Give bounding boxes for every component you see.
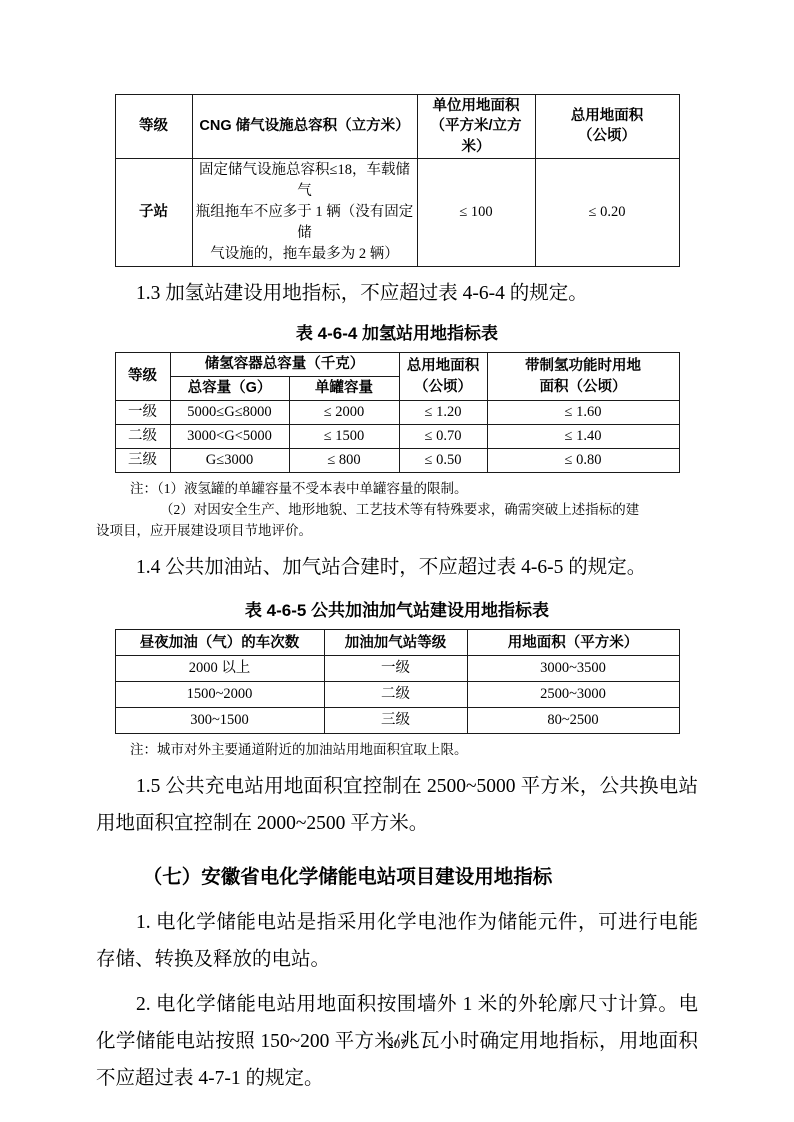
note-line: 注：城市对外主要通道附近的加油站用地面积宜取上限。 <box>130 739 698 760</box>
table-cell-total-area: ≤ 0.20 <box>535 158 679 266</box>
table-4-6-5-note: 注：城市对外主要通道附近的加油站用地面积宜取上限。 <box>96 739 698 760</box>
table-cell: ≤ 1.20 <box>399 401 487 425</box>
table-cell: 1500~2000 <box>115 682 324 708</box>
document-page: 等级 CNG 储气设施总容积（立方米） 单位用地面积 （平方米/立方米） 总用地… <box>0 0 794 1122</box>
table-row: 1500~2000 二级 2500~3000 <box>115 682 679 708</box>
header-cell-grade: 等级 <box>115 353 170 401</box>
section-7-heading: （七）安徽省电化学储能电站项目建设用地指标 <box>96 859 698 896</box>
header-cell-total-capacity: 总容量（G） <box>170 377 289 401</box>
header-cell-grade: 等级 <box>115 95 192 159</box>
table-cell: 三级 <box>324 708 467 734</box>
table-cell: 3000~3500 <box>467 656 679 682</box>
note-line: 设项目，应开展建设项目节地评价。 <box>96 520 698 541</box>
page-content: 等级 CNG 储气设施总容积（立方米） 单位用地面积 （平方米/立方米） 总用地… <box>96 94 698 1097</box>
cng-station-table: 等级 CNG 储气设施总容积（立方米） 单位用地面积 （平方米/立方米） 总用地… <box>115 94 680 267</box>
paragraph-1-3: 1.3 加氢站建设用地指标，不应超过表 4-6-4 的规定。 <box>96 275 698 312</box>
table-header-row: 等级 CNG 储气设施总容积（立方米） 单位用地面积 （平方米/立方米） 总用地… <box>115 95 679 159</box>
header-cell-capacity-group: 储氢容器总容量（千克） <box>170 353 399 377</box>
table-cell: ≤ 800 <box>289 449 399 473</box>
table-cell: 2000 以上 <box>115 656 324 682</box>
table-cell: 三级 <box>115 449 170 473</box>
paragraph-1-5: 1.5 公共充电站用地面积宜控制在 2500~5000 平方米，公共换电站用地面… <box>96 768 698 842</box>
note-line: （2）对因安全生产、地形地貌、工艺技术等有特殊要求，确需突破上述指标的建 <box>160 499 698 520</box>
table-cell: ≤ 1500 <box>289 425 399 449</box>
table-4-6-4-notes: 注：（1）液氢罐的单罐容量不受本表中单罐容量的限制。 （2）对因安全生产、地形地… <box>96 478 698 541</box>
header-cell-single-tank: 单罐容量 <box>289 377 399 401</box>
note-line: 注：（1）液氢罐的单罐容量不受本表中单罐容量的限制。 <box>130 478 698 499</box>
table-cell-grade: 子站 <box>115 158 192 266</box>
table-row: 一级 5000≤G≤8000 ≤ 2000 ≤ 1.20 ≤ 1.60 <box>115 401 679 425</box>
table-4-6-5-title: 表 4-6-5 公共加油加气站建设用地指标表 <box>96 600 698 622</box>
header-cell-total-area: 总用地面积 （公顷） <box>535 95 679 159</box>
table-row: 三级 G≤3000 ≤ 800 ≤ 0.50 ≤ 0.80 <box>115 449 679 473</box>
table-cell: ≤ 0.70 <box>399 425 487 449</box>
table-cell: G≤3000 <box>170 449 289 473</box>
header-cell-area: 用地面积（平方米） <box>467 630 679 656</box>
table-cell-unit-area: ≤ 100 <box>417 158 535 266</box>
paragraph-1-4: 1.4 公共加油站、加气站合建时，不应超过表 4-6-5 的规定。 <box>96 549 698 586</box>
table-cell-capacity: 固定储气设施总容积≤18，车载储气 瓶组拖车不应多于 1 辆（没有固定储 气设施… <box>192 158 417 266</box>
section-7-paragraph-1: 1. 电化学储能电站是指采用化学电池作为储能元件，可进行电能存储、转换及释放的电… <box>96 904 698 978</box>
header-cell-unit-area: 单位用地面积 （平方米/立方米） <box>417 95 535 159</box>
table-row: 二级 3000<G<5000 ≤ 1500 ≤ 0.70 ≤ 1.40 <box>115 425 679 449</box>
table-cell: ≤ 0.80 <box>487 449 679 473</box>
table-cell: 一级 <box>324 656 467 682</box>
header-cell-grade: 加油加气站等级 <box>324 630 467 656</box>
table-4-6-4-title: 表 4-6-4 加氢站用地指标表 <box>96 323 698 345</box>
table-cell: 二级 <box>324 682 467 708</box>
table-cell: ≤ 0.50 <box>399 449 487 473</box>
page-number: 207 <box>0 1036 794 1052</box>
hydrogen-station-table: 等级 储氢容器总容量（千克） 总用地面积 （公顷） 带制氢功能时用地 面积（公顷… <box>115 352 680 473</box>
table-cell: 80~2500 <box>467 708 679 734</box>
table-cell: 3000<G<5000 <box>170 425 289 449</box>
table-cell: ≤ 2000 <box>289 401 399 425</box>
table-row: 300~1500 三级 80~2500 <box>115 708 679 734</box>
table-header-row: 等级 储氢容器总容量（千克） 总用地面积 （公顷） 带制氢功能时用地 面积（公顷… <box>115 353 679 377</box>
table-cell: ≤ 1.40 <box>487 425 679 449</box>
table-cell: 5000≤G≤8000 <box>170 401 289 425</box>
gas-station-table: 昼夜加油（气）的车次数 加油加气站等级 用地面积（平方米） 2000 以上 一级… <box>115 629 680 734</box>
table-row: 2000 以上 一级 3000~3500 <box>115 656 679 682</box>
header-cell-capacity: CNG 储气设施总容积（立方米） <box>192 95 417 159</box>
table-row: 子站 固定储气设施总容积≤18，车载储气 瓶组拖车不应多于 1 辆（没有固定储 … <box>115 158 679 266</box>
header-cell-with-h2-production: 带制氢功能时用地 面积（公顷） <box>487 353 679 401</box>
table-cell: ≤ 1.60 <box>487 401 679 425</box>
header-cell-vehicles: 昼夜加油（气）的车次数 <box>115 630 324 656</box>
table-header-row: 昼夜加油（气）的车次数 加油加气站等级 用地面积（平方米） <box>115 630 679 656</box>
header-cell-total-area: 总用地面积 （公顷） <box>399 353 487 401</box>
table-cell: 二级 <box>115 425 170 449</box>
table-cell: 300~1500 <box>115 708 324 734</box>
table-cell: 2500~3000 <box>467 682 679 708</box>
table-cell: 一级 <box>115 401 170 425</box>
